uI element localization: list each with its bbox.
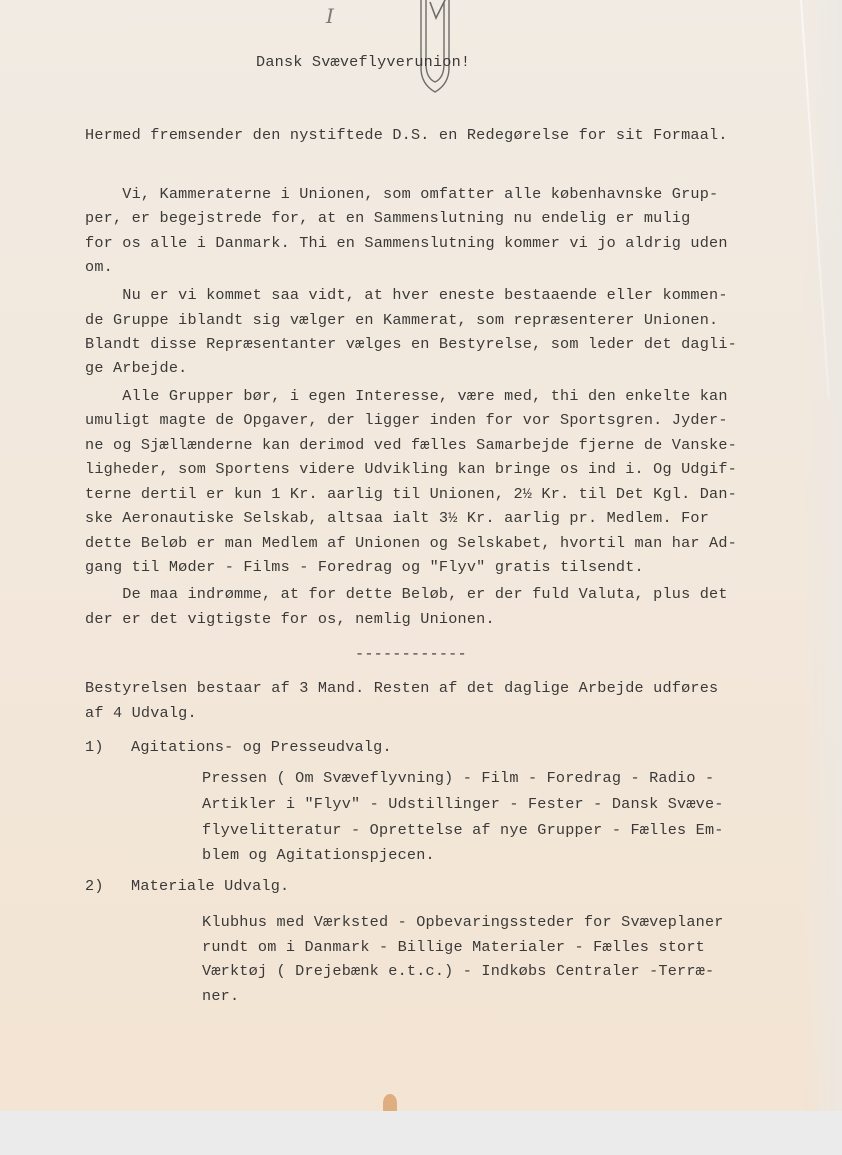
paragraph-4-line: der er det vigtigste for os, nemlig Unio… — [85, 610, 495, 628]
committee-detail-line: Værktøj ( Drejebænk e.t.c.) - Indkøbs Ce… — [202, 962, 714, 980]
committee-detail-line: blem og Agitationspjecen. — [202, 846, 435, 864]
committee-detail-line: flyvelitteratur - Oprettelse af nye Grup… — [202, 821, 724, 839]
paragraph-3-line: dette Beløb er man Medlem af Unionen og … — [85, 534, 737, 552]
paragraph-2-line: de Gruppe iblandt sig vælger en Kammerat… — [85, 311, 718, 329]
paper-fold — [800, 0, 830, 399]
paragraph-1-line: om. — [85, 258, 113, 276]
board-text-line: Bestyrelsen bestaar af 3 Mand. Resten af… — [85, 679, 718, 697]
margin-note: I — [326, 4, 334, 28]
committee-number: 1) — [85, 738, 104, 756]
document-title: Dansk Svæveflyverunion! — [256, 53, 470, 71]
document-page: I Dansk Svæveflyverunion! Hermed fremsen… — [0, 0, 842, 1111]
paragraph-3-line: Alle Grupper bør, i egen Interesse, være… — [85, 387, 728, 405]
paragraph-3-line: ske Aeronautiske Selskab, altsaa ialt 3½… — [85, 509, 709, 527]
committee-name: Materiale Udvalg. — [131, 877, 289, 895]
paragraph-4-line: De maa indrømme, at for dette Beløb, er … — [85, 585, 728, 603]
paragraph-2-line: Blandt disse Repræsentanter vælges en Be… — [85, 335, 737, 353]
committee-detail-line: rundt om i Danmark - Billige Materialer … — [202, 938, 705, 956]
paper-stain — [383, 1094, 397, 1111]
committee-number: 2) — [85, 877, 104, 895]
intro-line: Hermed fremsender den nystiftede D.S. en… — [85, 126, 728, 144]
committee-detail-line: Klubhus med Værksted - Opbevaringssteder… — [202, 913, 724, 931]
committee-name: Agitations- og Presseudvalg. — [131, 738, 392, 756]
committee-detail-line: Artikler i "Flyv" - Udstillinger - Feste… — [202, 795, 724, 813]
paragraph-1-line: for os alle i Danmark. Thi en Sammenslut… — [85, 234, 728, 252]
paragraph-1-line: Vi, Kammeraterne i Unionen, som omfatter… — [85, 185, 718, 203]
paragraph-3-line: umuligt magte de Opgaver, der ligger ind… — [85, 411, 728, 429]
paragraph-1-line: per, er begejstrede for, at en Sammenslu… — [85, 209, 690, 227]
committee-detail-line: ner. — [202, 987, 239, 1005]
board-text-line: af 4 Udvalg. — [85, 704, 197, 722]
separator: ------------ — [355, 645, 467, 663]
paragraph-3-line: terne dertil er kun 1 Kr. aarlig til Uni… — [85, 485, 737, 503]
paragraph-3-line: ligheder, som Sportens videre Udvikling … — [85, 460, 737, 478]
paragraph-3-line: gang til Møder - Films - Foredrag og "Fl… — [85, 558, 644, 576]
paragraph-2-line: ge Arbejde. — [85, 359, 187, 377]
scanner-background — [0, 1111, 842, 1155]
paragraph-2-line: Nu er vi kommet saa vidt, at hver eneste… — [85, 286, 728, 304]
committee-detail-line: Pressen ( Om Svæveflyvning) - Film - For… — [202, 769, 714, 787]
paperclip-icon — [415, 0, 455, 98]
paragraph-3-line: ne og Sjællænderne kan derimod ved fælle… — [85, 436, 737, 454]
